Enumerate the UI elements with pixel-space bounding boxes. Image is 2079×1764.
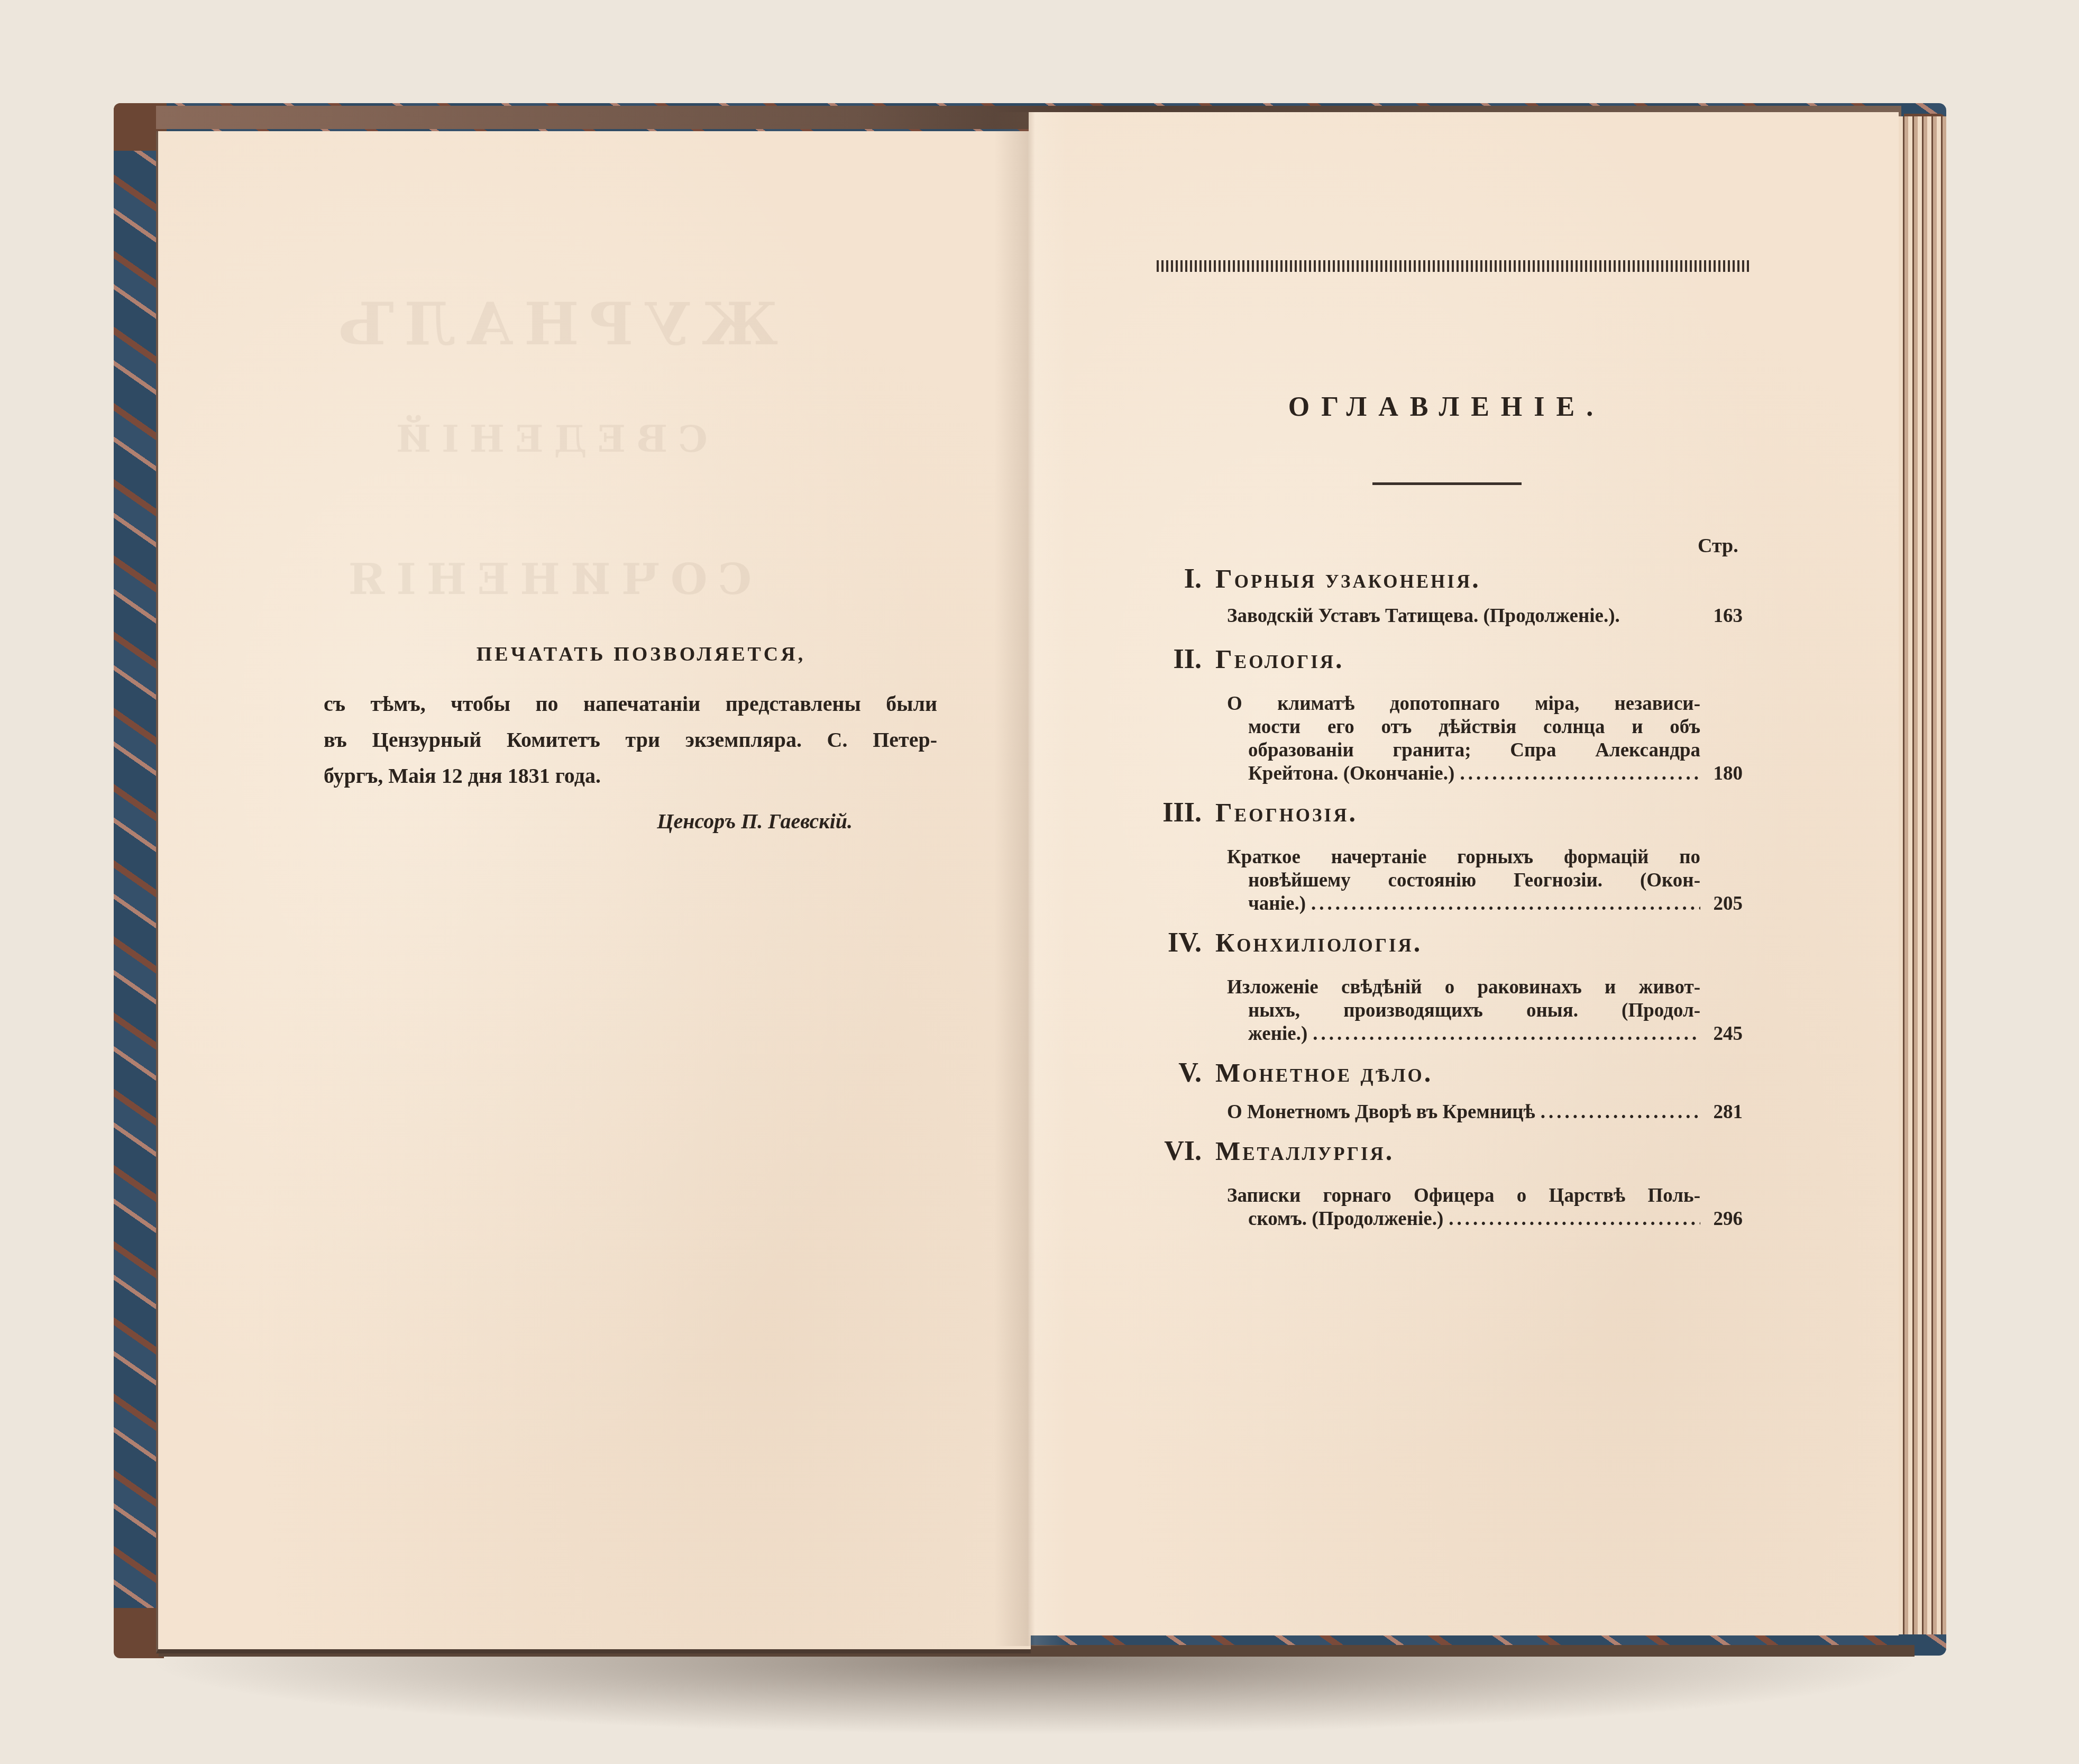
entry-text: Заводскій Уставъ Татищева. (Продолженіе.… — [1227, 605, 1620, 628]
page-number: 296 — [1706, 1208, 1743, 1231]
section-numeral: V. — [1153, 1057, 1215, 1089]
decorative-ornament-rule — [1157, 260, 1749, 272]
section-heading: III. Геогнозія. — [1153, 797, 1743, 838]
entry-text: чаніе.) — [1248, 892, 1306, 916]
toc-section: V. Монетное дѣло. О Монетномъ Дворѣ въ К… — [1153, 1057, 1743, 1136]
section-title: Конхиліологія. — [1215, 927, 1422, 958]
section-numeral: II. — [1153, 644, 1215, 675]
show-through-text: СОЧИНЕНІЯ — [338, 554, 752, 604]
toc-entry: О Монетномъ Дворѣ въ Кремницѣ 281 — [1227, 1099, 1743, 1136]
page-number: 180 — [1706, 762, 1743, 785]
show-through-text: ЖУРНАЛЪ — [327, 290, 778, 358]
leader-dots — [1449, 1208, 1700, 1231]
section-numeral: VI. — [1153, 1136, 1215, 1167]
section-title: Геогнозія. — [1215, 797, 1358, 828]
table-of-contents: I. Горныя узаконенія. Заводскій Уставъ Т… — [1153, 563, 1743, 1242]
entry-text: женіе.) — [1248, 1022, 1307, 1046]
section-title: Горныя узаконенія. — [1215, 563, 1481, 594]
section-heading: V. Монетное дѣло. — [1153, 1057, 1743, 1099]
toc-title: ОГЛАВЛЕНІЕ. — [1137, 391, 1756, 423]
toc-entry: Изложеніе свѣдѣній о раковинахъ и живот-… — [1227, 968, 1743, 1057]
entry-line: Записки горнаго Офицера о Царствѣ Поль- — [1227, 1184, 1700, 1208]
entry-line: Краткое начертаніе горныхъ формацій по — [1227, 846, 1700, 869]
entry-text: О Монетномъ Дворѣ въ Кремницѣ — [1227, 1101, 1535, 1124]
toc-section: II. Геологія. О климатѣ допотопнаго міра… — [1153, 644, 1743, 797]
toc-section: III. Геогнозія. Краткое начертаніе горны… — [1153, 797, 1743, 927]
leader-dots — [1313, 1022, 1700, 1046]
censor-line: бургъ, Маія 12 дня 1831 года. — [324, 758, 937, 794]
section-heading: II. Геологія. — [1153, 644, 1743, 685]
section-numeral: III. — [1153, 797, 1215, 828]
section-title: Геологія. — [1215, 644, 1344, 674]
toc-section: I. Горныя узаконенія. Заводскій Уставъ Т… — [1153, 563, 1743, 639]
page-number: 163 — [1706, 605, 1743, 628]
toc-entry: Краткое начертаніе горныхъ формацій по н… — [1227, 838, 1743, 927]
entry-line: Изложеніе свѣдѣній о раковинахъ и живот- — [1227, 976, 1700, 999]
entry-line: ныхъ, производящихъ оныя. (Продол- — [1227, 999, 1700, 1022]
page-number: 205 — [1706, 892, 1743, 916]
censor-body: съ тѣмъ, чтобы по напечатаніи представле… — [324, 686, 937, 794]
toc-section: VI. Металлургія. Записки горнаго Офицера… — [1153, 1136, 1743, 1242]
section-numeral: IV. — [1153, 927, 1215, 958]
entry-line: мости его отъ дѣйствія солнца и объ — [1227, 716, 1700, 739]
section-title: Металлургія. — [1215, 1136, 1394, 1166]
left-page: ЖУРНАЛЪ СВЕДЕНІЙ СОЧИНЕНІЯ — [156, 131, 1031, 1653]
leader-dots — [1311, 892, 1700, 916]
section-heading: IV. Конхиліологія. — [1153, 927, 1743, 968]
entry-line: новѣйшему состоянію Геогнозіи. (Окон- — [1227, 869, 1700, 892]
toc-entry: Записки горнаго Офицера о Царствѣ Поль- … — [1227, 1177, 1743, 1242]
toc-entry: Заводскій Уставъ Татищева. (Продолженіе.… — [1227, 605, 1743, 639]
toc-entry: О климатѣ допотопнаго міра, независи- мо… — [1227, 685, 1743, 797]
entry-text: скомъ. (Продолженіе.) — [1248, 1208, 1443, 1231]
page-column-label: Стр. — [1698, 534, 1738, 557]
book-gutter — [994, 112, 1068, 1646]
entry-line: образованіи гранита; Спра Александра — [1227, 739, 1700, 762]
show-through-text: СВЕДЕНІЙ — [386, 417, 708, 461]
page-number: 281 — [1706, 1101, 1743, 1124]
censor-line: съ тѣмъ, чтобы по напечатаніи представле… — [324, 686, 937, 722]
entry-text: Крейтона. (Окончаніе.) — [1248, 762, 1454, 785]
leader-dots — [1541, 1101, 1700, 1124]
censor-heading: ПЕЧАТАТЬ ПОЗВОЛЯЕТСЯ, — [324, 643, 937, 666]
page-number: 245 — [1706, 1022, 1743, 1046]
censor-line: въ Цензурный Комитетъ три экземпляра. С.… — [324, 722, 937, 758]
section-numeral: I. — [1153, 563, 1215, 595]
title-underline-rule — [1372, 482, 1522, 485]
censor-signature: Ценсоръ П. Гаевскій. — [324, 809, 937, 834]
section-heading: VI. Металлургія. — [1153, 1136, 1743, 1177]
leader-dots — [1460, 762, 1700, 785]
page-block-edges — [1899, 116, 1946, 1634]
censor-approval: ПЕЧАТАТЬ ПОЗВОЛЯЕТСЯ, съ тѣмъ, чтобы по … — [324, 643, 937, 834]
entry-line: О климатѣ допотопнаго міра, независи- — [1227, 692, 1700, 716]
section-title: Монетное дѣло. — [1215, 1057, 1433, 1088]
toc-section: IV. Конхиліологія. Изложеніе свѣдѣній о … — [1153, 927, 1743, 1057]
section-heading: I. Горныя узаконенія. — [1153, 563, 1743, 605]
